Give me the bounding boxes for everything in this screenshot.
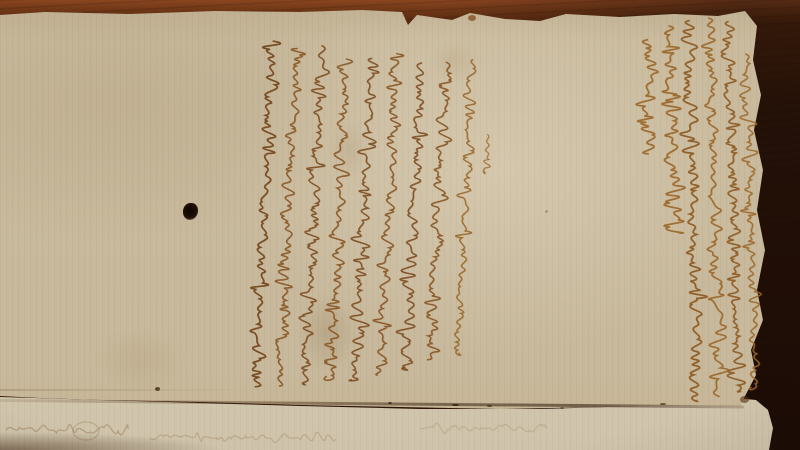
photo-vignette xyxy=(0,0,800,450)
photo-of-manuscript xyxy=(0,0,800,450)
